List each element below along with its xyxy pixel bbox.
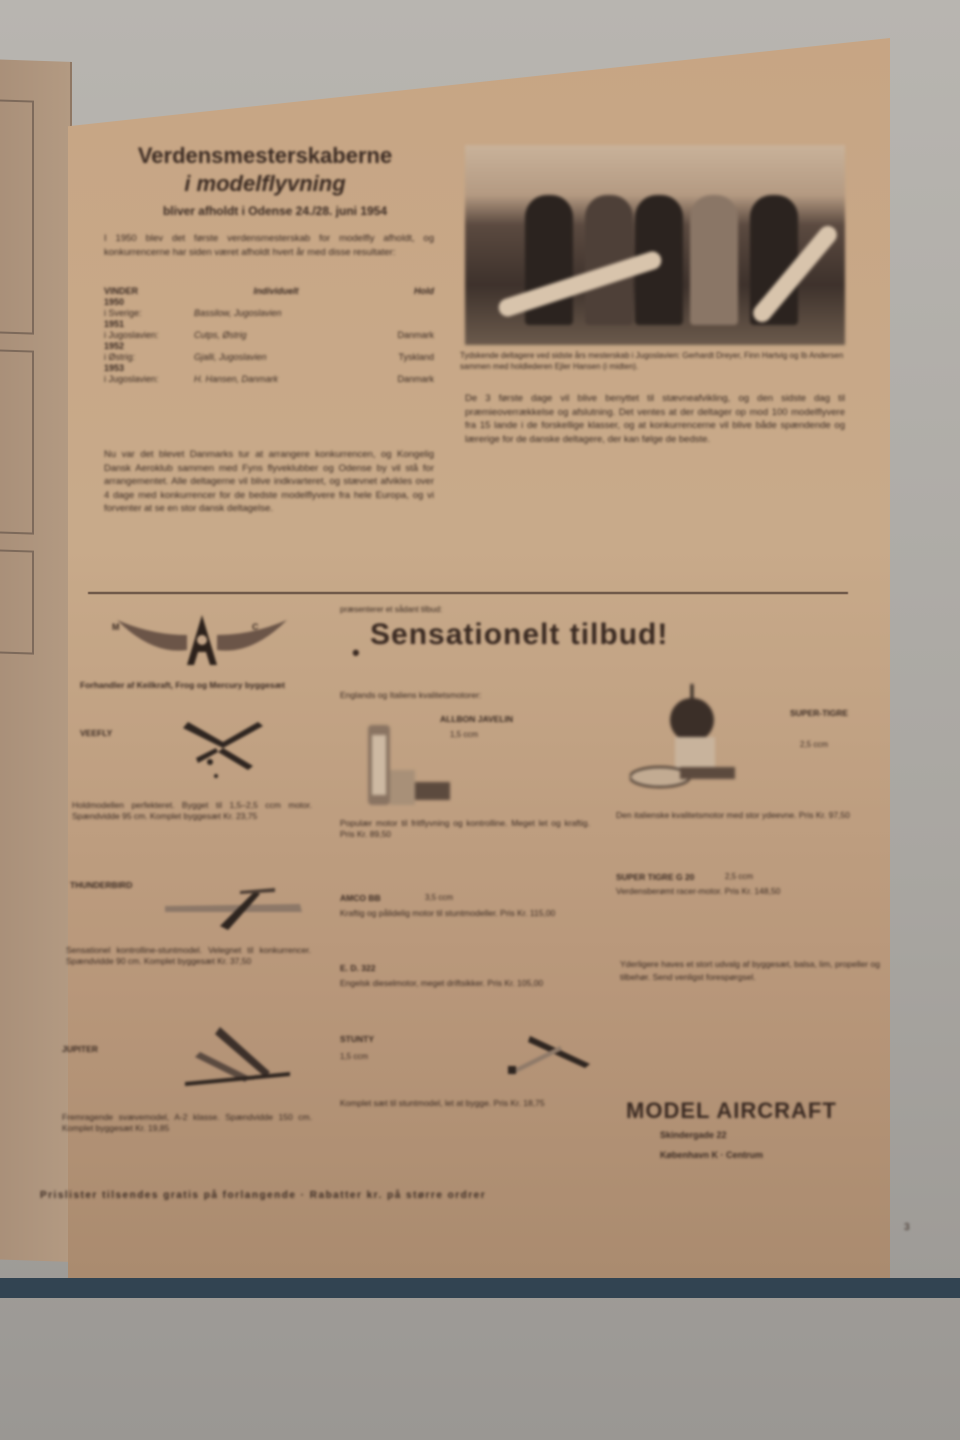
engine-name-super-tigre: SUPER-TIGRE <box>790 708 860 718</box>
person-figure <box>690 195 738 325</box>
product-name-stunty: STUNTY <box>340 1034 374 1044</box>
result-year: 1950 <box>104 297 434 308</box>
photo-caption: Tydskende deltagere ved sidste års meste… <box>460 350 850 372</box>
result-individual: H. Hansen, Danmark <box>194 374 397 385</box>
veefly-plane-illustration <box>178 718 268 778</box>
engine-name-javelin: ALLBON JAVELIN <box>440 714 513 724</box>
magazine-cover-edge <box>0 1278 960 1298</box>
results-row: 1952 i Østrig:Gjalli, JugoslavienTysklan… <box>104 341 434 363</box>
product-name-thunderbird: THUNDERBIRD <box>70 880 132 890</box>
logo-letter-c: C <box>252 622 259 632</box>
product-desc-jupiter: Fremragende svævemodel, A-2 klasse. Spæn… <box>62 1112 312 1134</box>
engine-size-super-tigre: 2,5 ccm <box>800 740 828 749</box>
ad-footer: Prislister tilsendes gratis på forlangen… <box>40 1190 900 1201</box>
result-individual: Cutps, Østrig <box>194 330 397 341</box>
result-team: Tyskland <box>398 352 434 363</box>
engine-desc-ed322: Engelsk dieselmotor, meget driftsikker. … <box>340 978 590 989</box>
result-individual: Gjalli, Jugoslavien <box>194 352 398 363</box>
stunty-plane-illustration <box>500 1026 610 1086</box>
ad-pre-headline: præsenterer et sådant tilbud: <box>340 605 442 614</box>
title-line-2: i modelflyvning <box>95 170 435 198</box>
title-line-1: Verdensmesterskaberne <box>95 142 435 170</box>
article-body-left: Nu var det blevet Danmarks tur at arrang… <box>104 448 434 516</box>
results-header: VINDER Individuelt Hold <box>104 286 434 297</box>
facing-page-frame <box>0 348 34 534</box>
result-year: 1952 <box>104 341 434 352</box>
team-photo <box>465 145 845 345</box>
engine-desc-super-tigre: Den italienske kvalitetsmotor med stor y… <box>616 810 876 821</box>
header-winner: VINDER <box>104 286 138 297</box>
facing-page-edge <box>0 58 72 1262</box>
results-table: VINDER Individuelt Hold 1950 i Sverige:B… <box>104 286 434 385</box>
result-team: Danmark <box>397 330 434 341</box>
results-row: 1950 i Sverige:Bassilow, Jugoslavien <box>104 297 434 319</box>
facing-page-frame <box>0 98 34 334</box>
engine-desc-amco: Kraftig og pålidelig motor til stuntmode… <box>340 908 590 919</box>
result-individual: Bassilow, Jugoslavien <box>194 308 434 319</box>
ad-right-text: Yderligere haves et stort udvalg af bygg… <box>620 958 880 984</box>
article-subtitle: bliver afholdt i Odense 24./28. juni 195… <box>110 204 440 218</box>
engine-name-amco: AMCO BB <box>340 893 381 903</box>
engine-name-super-tigre-g20: SUPER TIGRE G 20 <box>616 872 694 882</box>
result-year: 1951 <box>104 319 434 330</box>
ad-headline: Sensationelt tilbud! <box>370 618 668 652</box>
super-tigre-engine-illustration <box>630 682 750 792</box>
engine-size-amco: 3,5 ccm <box>425 893 453 902</box>
page-number: 3 <box>904 1222 910 1233</box>
engine-name-ed322: E. D. 322 <box>340 963 375 973</box>
engine-desc-super-tigre-g20: Verdensberømt racer-motor. Pris Kr. 148,… <box>616 886 876 897</box>
logo-description: Forhandler af Keilkraft, Frog og Mercury… <box>80 680 310 691</box>
logo-letter-m: M <box>112 622 120 632</box>
mac-wings-logo <box>112 610 292 670</box>
result-land: i Jugoslavien: <box>104 330 194 341</box>
article-title: Verdensmesterskaberne i modelflyvning <box>95 142 435 198</box>
facing-page-frame <box>0 548 34 654</box>
result-land: i Østrig: <box>104 352 194 363</box>
product-size-stunty: 1,5 ccm <box>340 1052 480 1061</box>
product-name-veefly: VEEFLY <box>80 728 112 738</box>
result-year: 1953 <box>104 363 434 374</box>
header-team: Hold <box>414 286 434 297</box>
jupiter-plane-illustration <box>180 1022 300 1092</box>
result-land: i Sverige: <box>104 308 194 319</box>
javelin-engine-illustration <box>358 720 458 810</box>
ad-sub-headline: Englands og Italiens kvalitetsmotorer: <box>340 690 481 700</box>
brand-name: MODEL AIRCRAFT <box>626 1098 837 1124</box>
article-intro: I 1950 blev det første verdensmesterskab… <box>104 232 434 259</box>
result-land: i Jugoslavien: <box>104 374 194 385</box>
engine-size-super-tigre-g20: 2,5 ccm <box>725 872 753 881</box>
article-body-right: De 3 første dage vil blive benyttet til … <box>465 392 845 446</box>
results-row: 1951 i Jugoslavien:Cutps, ØstrigDanmark <box>104 319 434 341</box>
product-desc-stunty: Komplet sæt til stuntmodel, let at bygge… <box>340 1098 600 1109</box>
engine-desc-javelin: Populær motor til fritflyvning og kontro… <box>340 818 590 840</box>
product-name-jupiter: JUPITER <box>62 1044 98 1054</box>
brand-address-line1: Skindergade 22 <box>660 1130 727 1140</box>
results-row: 1953 i Jugoslavien:H. Hansen, DanmarkDan… <box>104 363 434 385</box>
thunderbird-plane-illustration <box>160 876 310 936</box>
product-desc-veefly: Holdmodellen perfekteret. Bygget til 1,5… <box>72 800 312 822</box>
bullet-icon: • <box>352 640 360 666</box>
section-divider <box>88 592 848 594</box>
header-individual: Individuelt <box>254 286 299 297</box>
product-desc-thunderbird: Sensationel kontrolline-stuntmodel. Vele… <box>66 945 311 967</box>
result-team: Danmark <box>397 374 434 385</box>
engine-size-javelin: 1,5 ccm <box>450 730 478 739</box>
brand-address-line2: København K · Centrum <box>660 1150 763 1160</box>
